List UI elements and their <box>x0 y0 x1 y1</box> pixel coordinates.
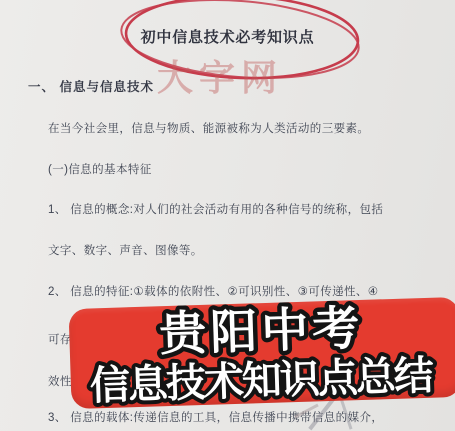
watermark-text: 大字网 <box>157 50 283 101</box>
stamp-text-graphic: 贵阳中考 信息技术知识点总结 <box>69 297 455 409</box>
stamp-line1: 贵阳中考 <box>159 301 365 360</box>
stamp-line2: 信息技术知识点总结 <box>89 354 434 409</box>
body-line: 1、 信息的概念:对人们的社会活动有用的各种信号的统称，包括 <box>48 201 383 217</box>
body-line: 2、 信息的特征:①载体的依附性、②可识别性、③可传递性、④ <box>48 283 379 299</box>
body-line: (一)信息的基本特征 <box>48 161 152 177</box>
stamp-overlay: 贵阳中考 信息技术知识点总结 <box>69 297 455 409</box>
page-title: 初中信息技术必考知识点 <box>0 26 455 47</box>
body-line: 3、 信息的载体:传递信息的工具，信息传播中携带信息的媒介， <box>48 409 383 425</box>
body-line: 文字、数字、声音、图像等。 <box>48 242 203 258</box>
body-line: 在当今社会里，信息与物质、能源被称为人类活动的三要素。 <box>48 120 369 136</box>
document-page: 初中信息技术必考知识点 大字网 一、 信息与信息技术 在当今社会里，信息与物质、… <box>0 0 455 431</box>
